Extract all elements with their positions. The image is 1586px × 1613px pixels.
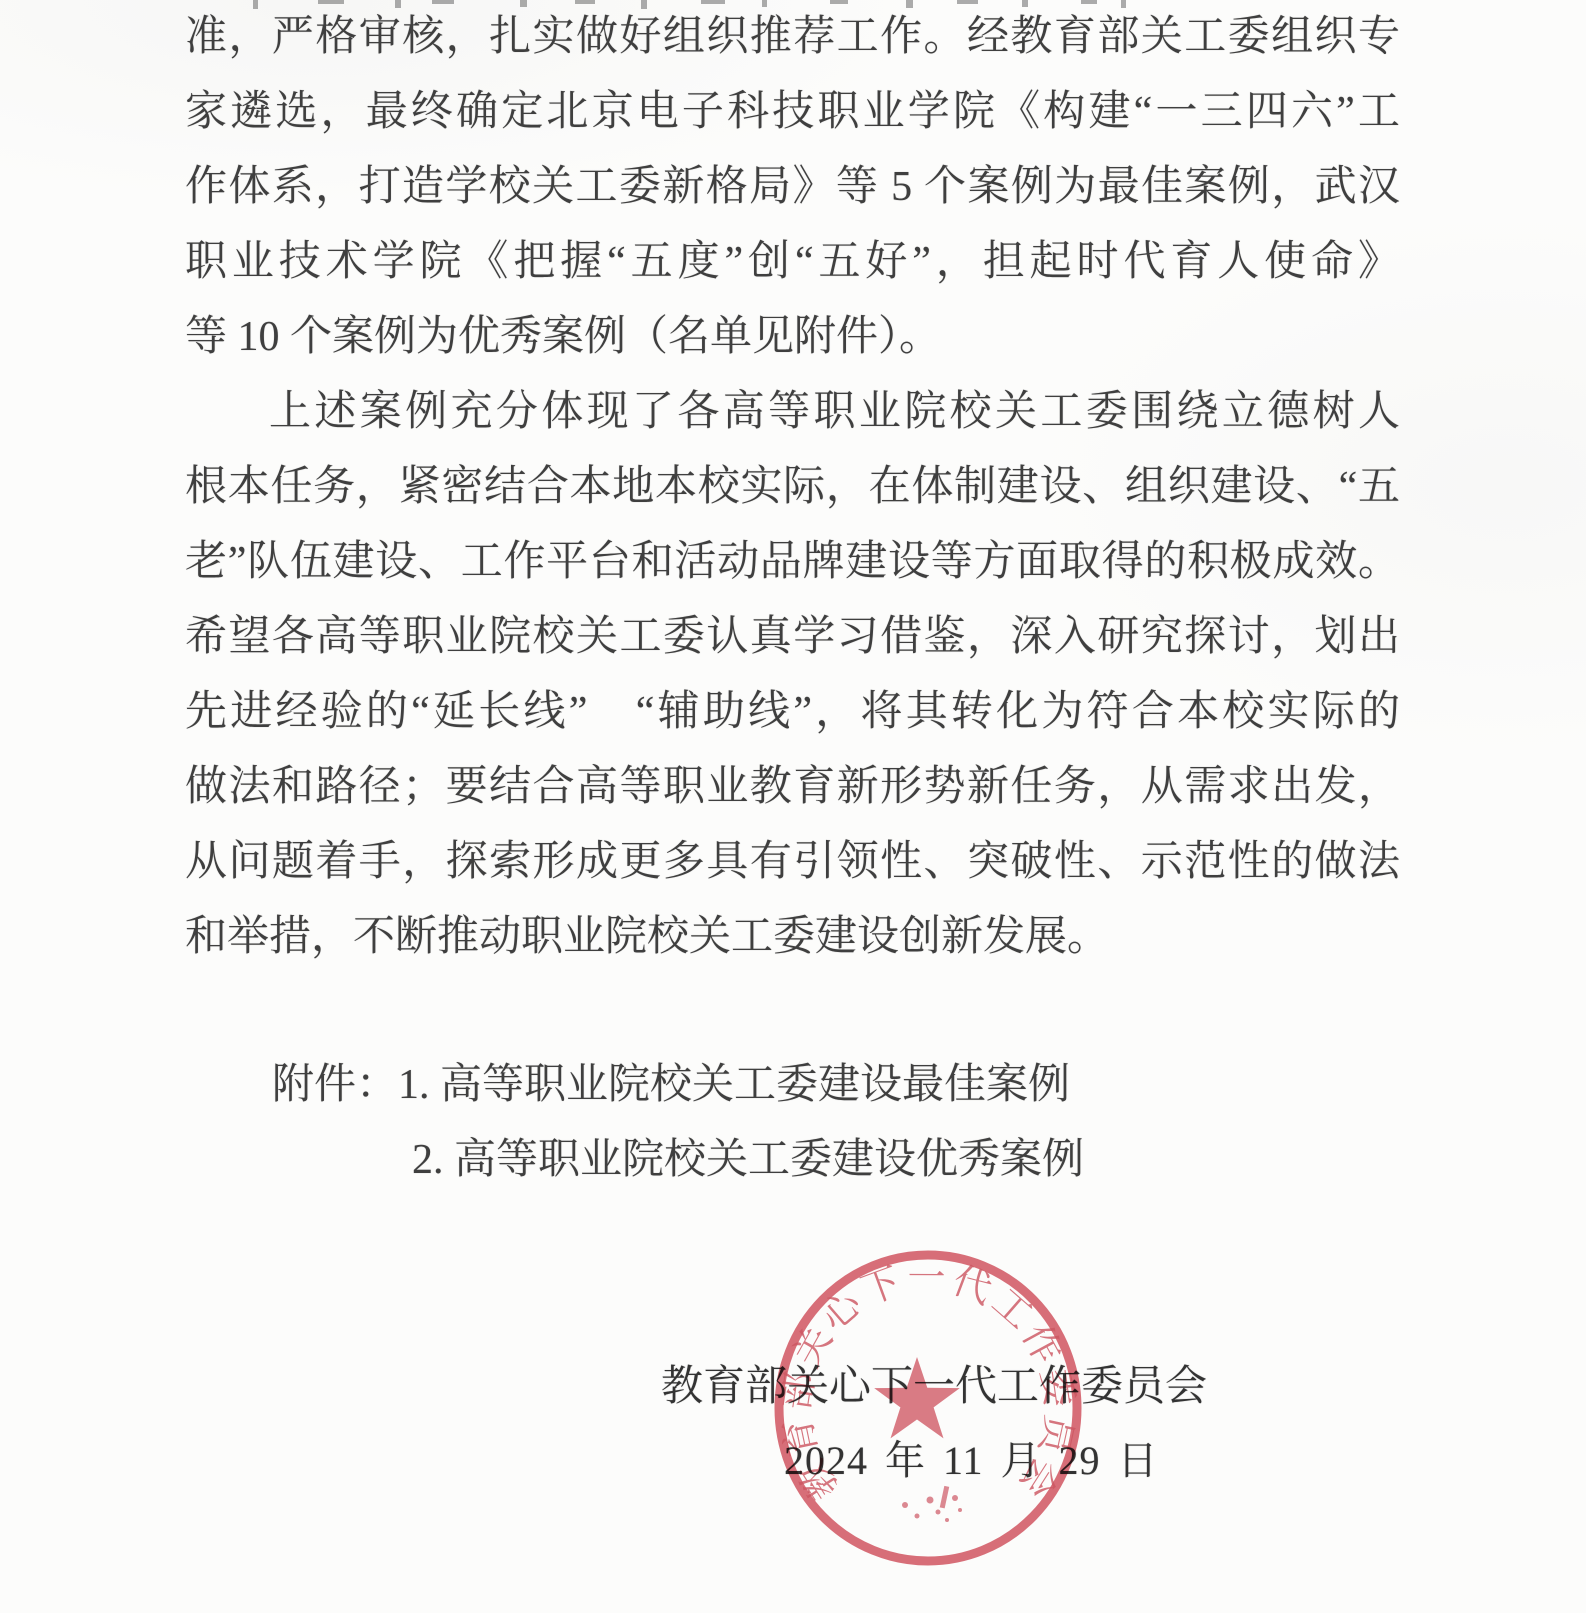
attachment-line-2: 2. 高等职业院校关工委建设优秀案例 [412,1123,1084,1198]
body-line: 从问题着手，探索形成更多具有引领性、突破性、示范性的做法 [185,825,1400,900]
document-page: 准，严格审核，扎实做好组织推荐工作。经教育部关工委组织专 家遴选，最终确定北京电… [0,0,1586,1613]
body-line: 上述案例充分体现了各高等职业院校关工委围绕立德树人 [185,375,1400,450]
attachment-list: 附件：1. 高等职业院校关工委建设最佳案例 2. 高等职业院校关工委建设优秀案例 [272,1048,1084,1198]
document-body: 准，严格审核，扎实做好组织推荐工作。经教育部关工委组织专 家遴选，最终确定北京电… [185,0,1400,975]
body-line: 希望各高等职业院校关工委认真学习借鉴，深入研究探讨，划出 [185,600,1400,675]
official-seal: 教育部关心下一代工作委员会 [768,1248,1088,1568]
body-line: 先进经验的“延长线” “辅助线”，将其转化为符合本校实际的 [185,675,1400,750]
body-line: 职业技术学院《把握“五度”创“五好”，担起时代育人使命》 [185,225,1400,300]
body-line: 和举措，不断推动职业院校关工委建设创新发展。 [185,900,1400,975]
body-line: 家遴选，最终确定北京电子科技职业学院《构建“一三四六”工 [185,75,1400,150]
seal-ring-text: 教育部关心下一代工作委员会 [776,1257,1081,1507]
body-line: 老”队伍建设、工作平台和活动品牌建设等方面取得的积极成效。 [185,525,1400,600]
star-icon [874,1357,960,1438]
body-line: 作体系，打造学校关工委新格局》等 5 个案例为最佳案例，武汉 [185,150,1400,225]
body-line: 根本任务，紧密结合本地本校实际，在体制建设、组织建设、“五 [185,450,1400,525]
seal-speckles [902,1486,962,1522]
body-line: 等 10 个案例为优秀案例（名单见附件）。 [185,300,1400,375]
attachment-line-1: 附件：1. 高等职业院校关工委建设最佳案例 [272,1048,1084,1123]
body-line: 准，严格审核，扎实做好组织推荐工作。经教育部关工委组织专 [185,0,1400,75]
body-line: 做法和路径；要结合高等职业教育新形势新任务，从需求出发， [185,750,1400,825]
